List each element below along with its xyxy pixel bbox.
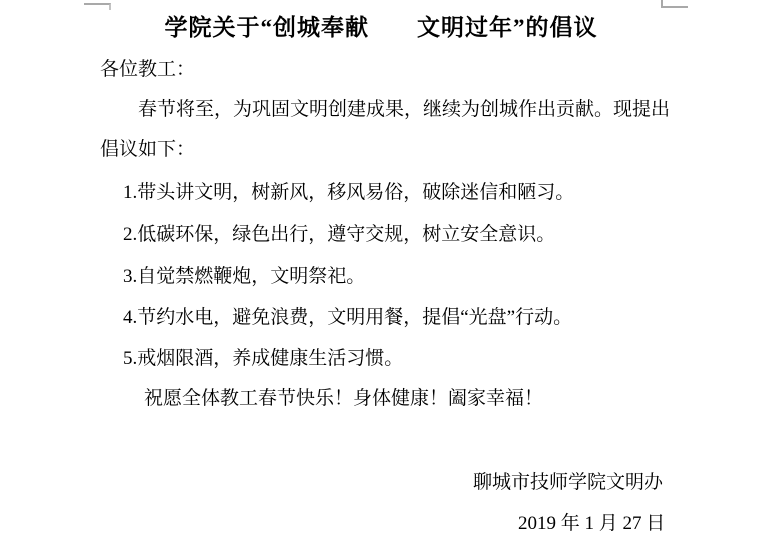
proposal-item-2: 2.低碳环保，绿色出行，遵守交规，树立安全意识。 [123, 224, 555, 245]
proposal-item-3: 3.自觉禁燃鞭炮，文明祭祀。 [123, 266, 365, 287]
date-line: 2019 年 1 月 27 日 [518, 513, 665, 534]
document-page: 学院关于“创城奉献 文明过年”的倡议 各位教工： 春节将至，为巩固文明创建成果，… [0, 0, 762, 549]
page-margin-mark-right [661, 0, 688, 8]
intro-paragraph-line-2: 倡议如下： [100, 139, 195, 160]
salutation-line: 各位教工： [100, 59, 195, 80]
document-title: 学院关于“创城奉献 文明过年”的倡议 [0, 14, 762, 42]
intro-paragraph-line-1: 春节将至，为巩固文明创建成果，继续为创城作出贡献。现提出 [138, 99, 670, 120]
closing-wish-line: 祝愿全体教工春节快乐！身体健康！阖家幸福！ [144, 388, 543, 409]
signature-line: 聊城市技师学院文明办 [473, 472, 663, 493]
page-margin-mark-left [84, 3, 111, 10]
proposal-item-5: 5.戒烟限酒，养成健康生活习惯。 [123, 348, 403, 369]
proposal-item-4: 4.节约水电，避免浪费，文明用餐，提倡“光盘”行动。 [123, 307, 572, 328]
proposal-item-1: 1.带头讲文明，树新风，移风易俗，破除迷信和陋习。 [123, 182, 574, 203]
